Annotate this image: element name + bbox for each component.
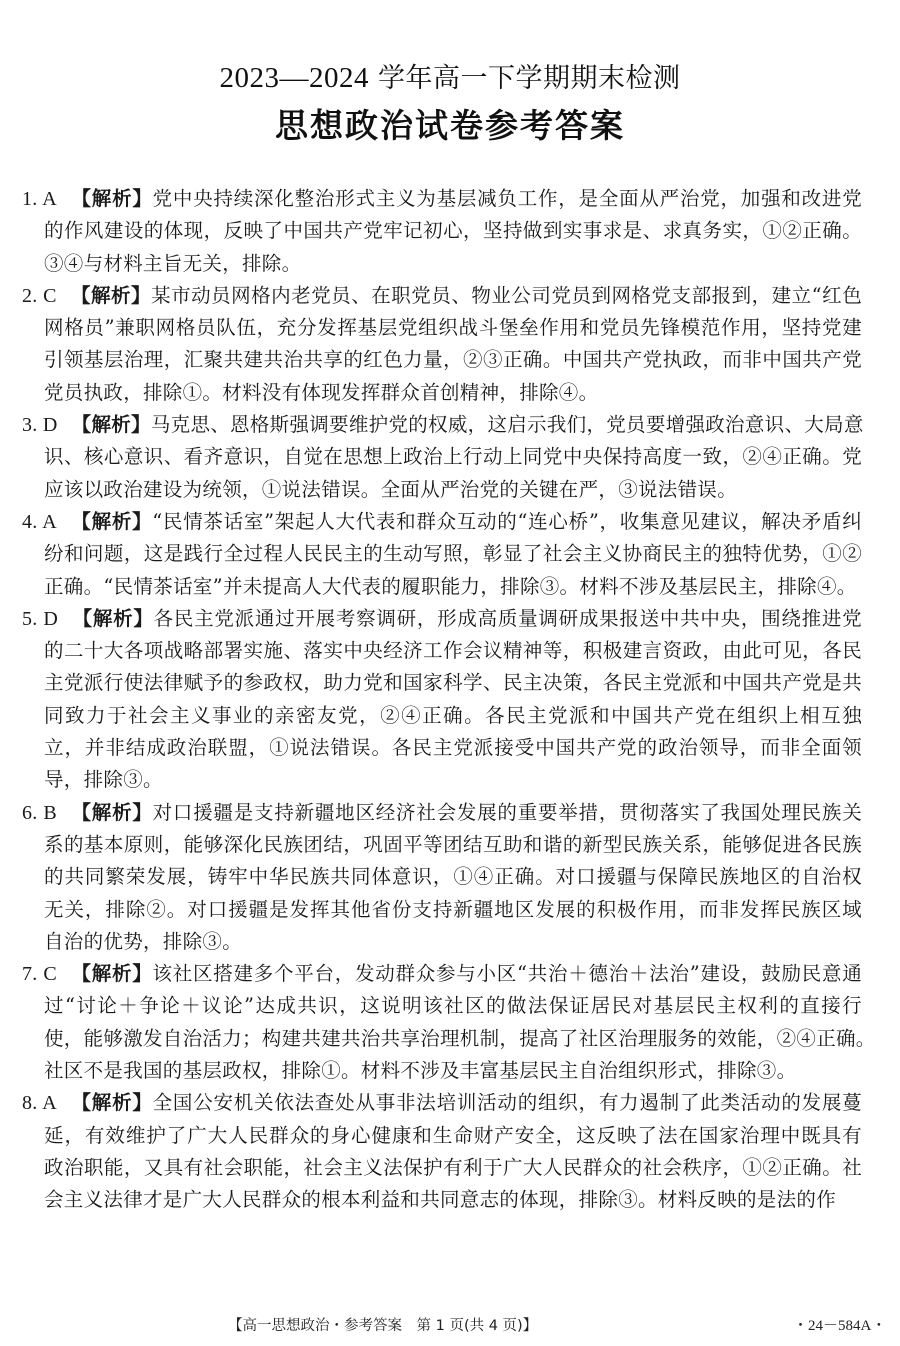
answer-line: 导，排除③。	[22, 764, 862, 796]
answer-text: 引领基层治理，汇聚共建共治共享的红色力量，②③正确。中国共产党执政，而非中国共产…	[44, 348, 862, 371]
answer-text: 的二十大各项战略部署实施、落实中央经济工作会议精神等，积极建言资政，由此可见，各…	[44, 639, 862, 662]
answer-line: 无关，排除②。对口援疆是发挥其他省份支持新疆地区发展的积极作用，而非发挥民族区域	[22, 894, 862, 926]
answer-text: 党中央持续深化整治形式主义为基层减负工作，是全面从严治党，加强和改进党	[153, 187, 862, 210]
answer-number: 8. A	[22, 1092, 57, 1114]
answer-line: 识、核心意识、看齐意识，自觉在思想上政治上行动上同党中央保持高度一致，②④正确。…	[22, 441, 862, 473]
answer-line: 1. A【解析】党中央持续深化整治形式主义为基层减负工作，是全面从严治党，加强和…	[22, 183, 862, 215]
answer-number: 7. C	[22, 963, 57, 985]
answer-text: 的作风建设的体现，反映了中国共产党牢记初心，坚持做到实事求是、求真务实，①②正确…	[44, 219, 862, 242]
answer-item: 1. A【解析】党中央持续深化整治形式主义为基层减负工作，是全面从严治党，加强和…	[22, 183, 862, 280]
answer-line: 的共同繁荣发展，铸牢中华民族共同体意识，①④正确。对口援疆与保障民族地区的自治权	[22, 861, 862, 893]
analysis-tag: 【解析】	[72, 413, 151, 436]
answer-text: 使，能够激发自治活力；构建共建共治共享治理机制，提高了社区治理服务的效能，②④正…	[44, 1027, 876, 1050]
answer-line: 社区不是我国的基层政权，排除①。材料不涉及丰富基层民主自治组织形式，排除③。	[22, 1055, 862, 1087]
analysis-tag: 【解析】	[72, 607, 153, 630]
answer-text: 导，排除③。	[44, 768, 163, 791]
answer-text: 主党派行使法律赋予的参政权，助力党和国家科学、民主决策，各民主党派和中国共产党是…	[44, 671, 862, 694]
answer-line: 的作风建设的体现，反映了中国共产党牢记初心，坚持做到实事求是、求真务实，①②正确…	[22, 215, 862, 247]
answer-text: 某市动员网格内老党员、在职党员、物业公司党员到网格党支部报到，建立“红色	[151, 284, 862, 307]
answer-line: 过“讨论＋争论＋议论”达成共识，这说明该社区的做法保证居民对基层民主权利的直接行	[22, 990, 862, 1022]
answer-text: 自治的优势，排除③。	[44, 930, 242, 953]
answer-text: 延，有效维护了广大人民群众的身心健康和生命财产安全，这反映了法在国家治理中既具有	[44, 1124, 862, 1147]
answer-line: 纷和问题，这是践行全过程人民民主的生动写照，彰显了社会主义协商民主的独特优势，①…	[22, 538, 862, 570]
answer-number: 1. A	[22, 188, 57, 210]
answer-line: 2. C【解析】某市动员网格内老党员、在职党员、物业公司党员到网格党支部报到，建…	[22, 280, 862, 312]
answer-line: 8. A【解析】全国公安机关依法查处从事非法培训活动的组织，有力遏制了此类活动的…	[22, 1087, 862, 1119]
answer-line: 正确。“民情茶话室”并未提高人大代表的履职能力，排除③。材料不涉及基层民主，排除…	[22, 571, 862, 603]
answer-item: 6. B【解析】对口援疆是支持新疆地区经济社会发展的重要举措，贯彻落实了我国处理…	[22, 797, 862, 958]
answer-line: 系的基本原则，能够深化民族团结，巩固平等团结互助和谐的新型民族关系，能够促进各民…	[22, 829, 862, 861]
answer-text: 各民主党派通过开展考察调研，形成高质量调研成果报送中共中央，围绕推进党	[154, 607, 862, 630]
answer-line: 引领基层治理，汇聚共建共治共享的红色力量，②③正确。中国共产党执政，而非中国共产…	[22, 344, 862, 376]
answer-line: 7. C【解析】该社区搭建多个平台，发动群众参与小区“共治＋德治＋法治”建设，鼓…	[22, 958, 862, 990]
answer-number: 5. D	[22, 608, 58, 630]
document-subtitle: 思想政治试卷参考答案	[0, 100, 900, 147]
answer-item: 5. D【解析】各民主党派通过开展考察调研，形成高质量调研成果报送中共中央，围绕…	[22, 603, 862, 797]
answer-text: 同致力于社会主义事业的亲密友党，②④正确。各民主党派和中国共产党在组织上相互独	[44, 704, 862, 727]
answer-item: 7. C【解析】该社区搭建多个平台，发动群众参与小区“共治＋德治＋法治”建设，鼓…	[22, 958, 862, 1087]
answer-line: 使，能够激发自治活力；构建共建共治共享治理机制，提高了社区治理服务的效能，②④正…	[22, 1023, 862, 1055]
answer-line: 6. B【解析】对口援疆是支持新疆地区经济社会发展的重要举措，贯彻落实了我国处理…	[22, 797, 862, 829]
answer-line: 党员执政，排除①。材料没有体现发挥群众首创精神，排除④。	[22, 377, 862, 409]
exam-year: 2023—2024	[219, 62, 369, 94]
answer-text: 社区不是我国的基层政权，排除①。材料不涉及丰富基层民主自治组织形式，排除③。	[44, 1059, 796, 1082]
answer-text: 的共同繁荣发展，铸牢中华民族共同体意识，①④正确。对口援疆与保障民族地区的自治权	[44, 865, 862, 888]
answer-text: 立，并非结成政治联盟，①说法错误。各民主党派接受中国共产党的政治领导，而非全面领	[44, 736, 862, 759]
answer-line: 的二十大各项战略部署实施、落实中央经济工作会议精神等，积极建言资政，由此可见，各…	[22, 635, 862, 667]
answer-item: 2. C【解析】某市动员网格内老党员、在职党员、物业公司党员到网格党支部报到，建…	[22, 280, 862, 409]
answer-line: 同致力于社会主义事业的亲密友党，②④正确。各民主党派和中国共产党在组织上相互独	[22, 700, 862, 732]
answer-line: 主党派行使法律赋予的参政权，助力党和国家科学、民主决策，各民主党派和中国共产党是…	[22, 667, 862, 699]
answer-line: 自治的优势，排除③。	[22, 926, 862, 958]
answer-line: 3. D【解析】马克思、恩格斯强调要维护党的权威，这启示我们，党员要增强政治意识…	[22, 409, 862, 441]
exam-title: 2023—2024 学年高一下学期期末检测	[0, 56, 900, 95]
answer-line: 立，并非结成政治联盟，①说法错误。各民主党派接受中国共产党的政治领导，而非全面领	[22, 732, 862, 764]
analysis-tag: 【解析】	[71, 284, 151, 307]
answer-text: 会主义法律才是广大人民群众的根本利益和共同意志的体现，排除③。材料反映的是法的作	[44, 1188, 836, 1211]
answer-item: 8. A【解析】全国公安机关依法查处从事非法培训活动的组织，有力遏制了此类活动的…	[22, 1087, 862, 1216]
analysis-tag: 【解析】	[71, 801, 153, 824]
page-footer: 【高一思想政治・参考答案 第 1 页(共 4 页)】 ・24－584A・	[0, 1310, 900, 1340]
answer-text: 马克思、恩格斯强调要维护党的权威，这启示我们，党员要增强政治意识、大局意	[151, 413, 864, 436]
page-label: 【高一思想政治・参考答案 第 1 页(共 4 页)】	[228, 1314, 537, 1335]
answer-line: 延，有效维护了广大人民群众的身心健康和生命财产安全，这反映了法在国家治理中既具有	[22, 1120, 862, 1152]
analysis-tag: 【解析】	[71, 1091, 153, 1114]
answer-number: 4. A	[22, 511, 57, 533]
answer-text: 识、核心意识、看齐意识，自觉在思想上政治上行动上同党中央保持高度一致，②④正确。…	[44, 445, 862, 468]
answer-line: 应该以政治建设为统领，①说法错误。全面从严治党的关键在严，③说法错误。	[22, 474, 862, 506]
answer-text: 系的基本原则，能够深化民族团结，巩固平等团结互助和谐的新型民族关系，能够促进各民…	[44, 833, 862, 856]
answer-line: 5. D【解析】各民主党派通过开展考察调研，形成高质量调研成果报送中共中央，围绕…	[22, 603, 862, 635]
answer-text: ③④与材料主旨无关，排除。	[44, 252, 301, 275]
answer-line: 网格员”兼职网格员队伍，充分发挥基层党组织战斗堡垒作用和党员先锋模范作用，坚持党…	[22, 312, 862, 344]
answer-line: 4. A【解析】“民情茶话室”架起人大代表和群众互动的“连心桥”，收集意见建议，…	[22, 506, 862, 538]
answer-line: 会主义法律才是广大人民群众的根本利益和共同意志的体现，排除③。材料反映的是法的作	[22, 1184, 862, 1216]
analysis-tag: 【解析】	[71, 962, 152, 985]
answer-list: 1. A【解析】党中央持续深化整治形式主义为基层减负工作，是全面从严治党，加强和…	[22, 183, 862, 1217]
document-code: ・24－584A・	[793, 1314, 886, 1335]
answer-text: 全国公安机关依法查处从事非法培训活动的组织，有力遏制了此类活动的发展蔓	[153, 1091, 862, 1114]
exam-title-text: 学年高一下学期期末检测	[369, 63, 681, 94]
answer-text: 党员执政，排除①。材料没有体现发挥群众首创精神，排除④。	[44, 381, 598, 404]
answer-text: 政治职能，又具有社会职能，社会主义法保护有利于广大人民群众的社会秩序，①②正确。…	[44, 1156, 862, 1179]
answer-text: 正确。“民情茶话室”并未提高人大代表的履职能力，排除③。材料不涉及基层民主，排除…	[44, 575, 857, 598]
answer-text: 该社区搭建多个平台，发动群众参与小区“共治＋德治＋法治”建设，鼓励民意通	[152, 962, 862, 985]
answer-number: 2. C	[22, 285, 57, 307]
analysis-tag: 【解析】	[71, 510, 152, 533]
answer-number: 6. B	[22, 802, 57, 824]
answer-text: 网格员”兼职网格员队伍，充分发挥基层党组织战斗堡垒作用和党员先锋模范作用，坚持党…	[44, 316, 862, 339]
answer-text: 纷和问题，这是践行全过程人民民主的生动写照，彰显了社会主义协商民主的独特优势，①…	[44, 542, 862, 565]
answer-item: 4. A【解析】“民情茶话室”架起人大代表和群众互动的“连心桥”，收集意见建议，…	[22, 506, 862, 603]
answer-text: 对口援疆是支持新疆地区经济社会发展的重要举措，贯彻落实了我国处理民族关	[153, 801, 862, 824]
analysis-tag: 【解析】	[71, 187, 153, 210]
answer-text: “民情茶话室”架起人大代表和群众互动的“连心桥”，收集意见建议，解决矛盾纠	[152, 510, 862, 533]
answer-item: 3. D【解析】马克思、恩格斯强调要维护党的权威，这启示我们，党员要增强政治意识…	[22, 409, 862, 506]
answer-number: 3. D	[22, 414, 58, 436]
answer-text: 无关，排除②。对口援疆是发挥其他省份支持新疆地区发展的积极作用，而非发挥民族区域	[44, 898, 862, 921]
answer-text: 过“讨论＋争论＋议论”达成共识，这说明该社区的做法保证居民对基层民主权利的直接行	[44, 994, 862, 1017]
answer-line: ③④与材料主旨无关，排除。	[22, 248, 862, 280]
answer-text: 应该以政治建设为统领，①说法错误。全面从严治党的关键在严，③说法错误。	[44, 478, 737, 501]
answer-line: 政治职能，又具有社会职能，社会主义法保护有利于广大人民群众的社会秩序，①②正确。…	[22, 1152, 862, 1184]
